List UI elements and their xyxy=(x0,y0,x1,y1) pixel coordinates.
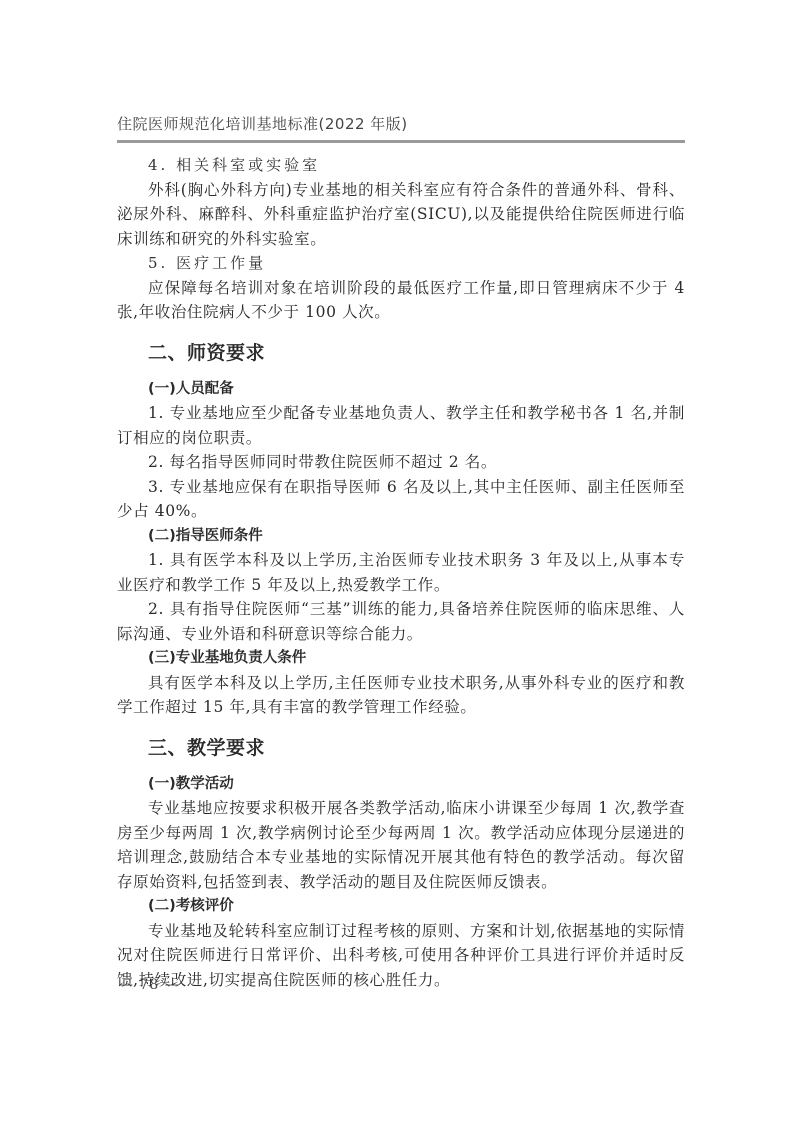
subsection-heading-instructor: (二)指导医师条件 xyxy=(117,524,685,549)
paragraph-related-departments: 外科(胸心外科方向)专业基地的相关科室应有符合条件的普通外科、骨科、泌尿外科、麻… xyxy=(117,178,685,252)
subsection-heading-activities: (一)教学活动 xyxy=(117,772,685,797)
paragraph-instructor-1: 1. 具有医学本科及以上学历,主治医师专业技术职务 3 年及以上,从事本专业医疗… xyxy=(117,548,685,597)
subsection-heading-assessment: (二)考核评价 xyxy=(117,894,685,919)
running-header: 住院医师规范化培训基地标准(2022 年版) xyxy=(117,113,408,134)
section-heading-teaching: 三、教学要求 xyxy=(117,734,685,762)
paragraph-staffing-3: 3. 专业基地应保有在职指导医师 6 名及以上,其中主任医师、副主任医师至少占 … xyxy=(117,475,685,524)
paragraph-director: 具有医学本科及以上学历,主任医师专业技术职务,从事外科专业的医疗和教学工作超过 … xyxy=(117,671,685,720)
subsection-heading-staffing: (一)人员配备 xyxy=(117,377,685,402)
paragraph-staffing-1: 1. 专业基地应至少配备专业基地负责人、教学主任和教学秘书各 1 名,并制订相应… xyxy=(117,401,685,450)
section-heading-faculty: 二、师资要求 xyxy=(117,339,685,367)
page-number: — 78 — xyxy=(119,977,180,993)
item-heading-related-departments: 4. 相关科室或实验室 xyxy=(117,153,685,178)
page-body: 4. 相关科室或实验室 外科(胸心外科方向)专业基地的相关科室应有符合条件的普通… xyxy=(117,153,685,992)
paragraph-assessment: 专业基地及轮转科室应制订过程考核的原则、方案和计划,依据基地的实际情况对住院医师… xyxy=(117,919,685,993)
header-divider xyxy=(117,140,685,143)
paragraph-instructor-2: 2. 具有指导住院医师“三基”训练的能力,具备培养住院医师的临床思维、人际沟通、… xyxy=(117,597,685,646)
paragraph-staffing-2: 2. 每名指导医师同时带教住院医师不超过 2 名。 xyxy=(117,450,685,475)
paragraph-workload: 应保障每名培训对象在培训阶段的最低医疗工作量,即日管理病床不少于 4 张,年收治… xyxy=(117,276,685,325)
subsection-heading-director: (三)专业基地负责人条件 xyxy=(117,646,685,671)
item-heading-workload: 5. 医疗工作量 xyxy=(117,251,685,276)
paragraph-activities: 专业基地应按要求积极开展各类教学活动,临床小讲课至少每周 1 次,教学查房至少每… xyxy=(117,796,685,894)
